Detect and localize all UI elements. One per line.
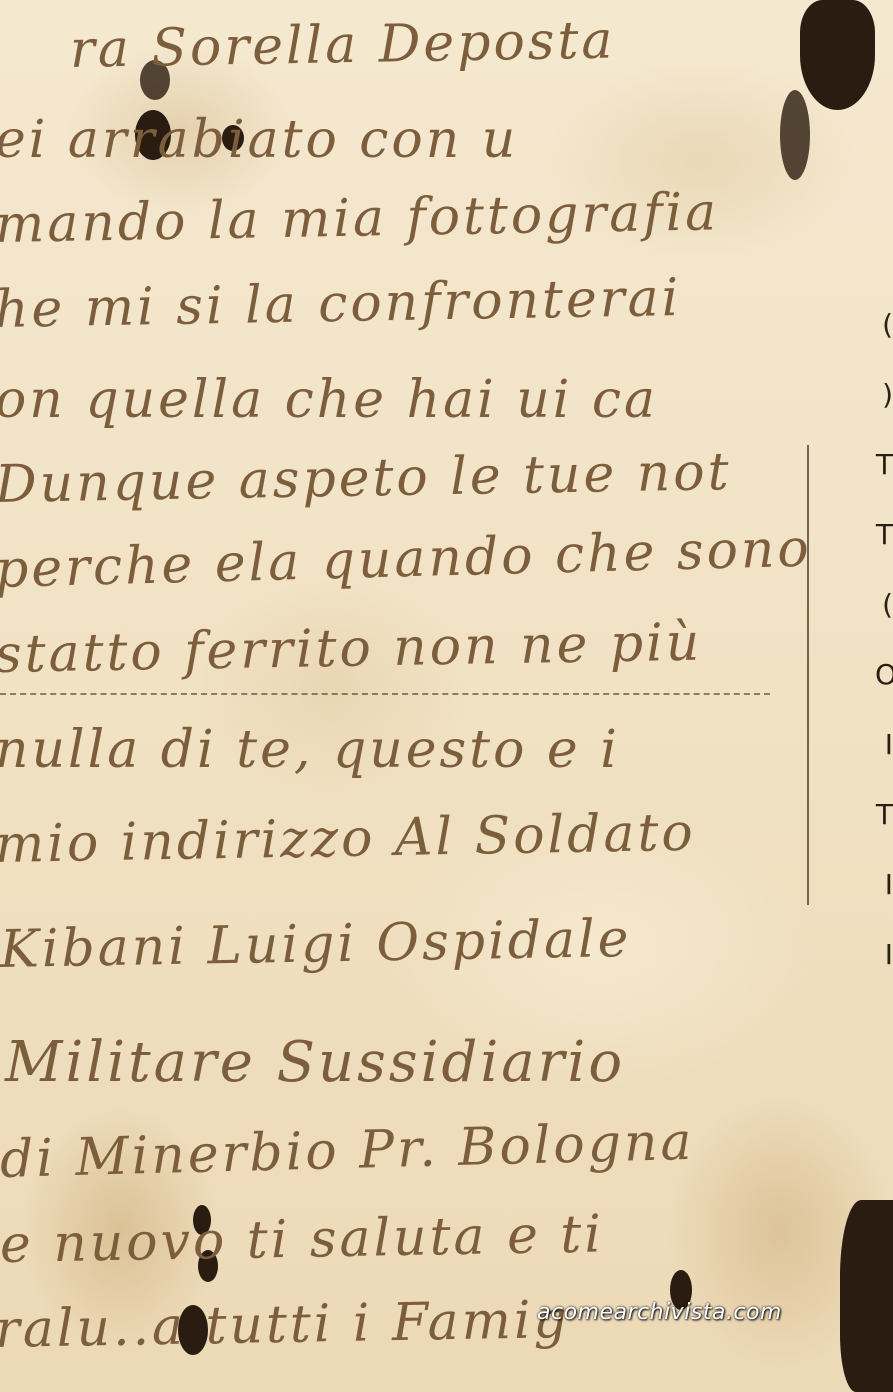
letter-line-8: statto ferrito non ne più (0, 613, 703, 685)
edge-mark: ( (875, 570, 893, 640)
edge-mark: I (875, 920, 893, 990)
edge-mark: ) (875, 360, 893, 430)
ink-stain (780, 90, 810, 180)
edge-mark: T (875, 430, 893, 500)
edge-mark: T (875, 500, 893, 570)
ink-stain (840, 1200, 893, 1392)
letter-line-10: mio indirizzo Al Soldato (0, 803, 696, 875)
letter-line-5: on quella che hai ui ca (0, 370, 658, 430)
postcard-horizontal-divider (0, 693, 770, 695)
watermark: acomearchivista.com (537, 1300, 782, 1325)
ink-stain (800, 0, 875, 110)
postcard-vertical-divider (807, 445, 809, 905)
letter-line-1: ra Sorella Deposta (69, 10, 615, 80)
letter-line-4: he mi si la confronterai (0, 268, 682, 340)
edge-mark: I (875, 850, 893, 920)
letter-line-3: mando la mia fottografia (0, 182, 720, 255)
edge-mark: ( (875, 290, 893, 360)
edge-mark: T (875, 780, 893, 850)
letter-line-14: e nuovo ti saluta e ti (0, 1204, 604, 1275)
letter-line-15: ralu..a tutti i Famig (0, 1290, 570, 1360)
right-edge-printed-marks: ( ) T T ( O I T I I (875, 290, 893, 1050)
letter-line-9: nulla di te, questo e i (0, 720, 620, 780)
letter-line-12: Militare Sussidiario (5, 1030, 625, 1095)
letter-line-11: Kibani Luigi Ospidale (0, 909, 632, 980)
letter-line-2: ei arrabiato con u (0, 110, 518, 170)
edge-mark: I (875, 710, 893, 780)
edge-mark: O (875, 640, 893, 710)
